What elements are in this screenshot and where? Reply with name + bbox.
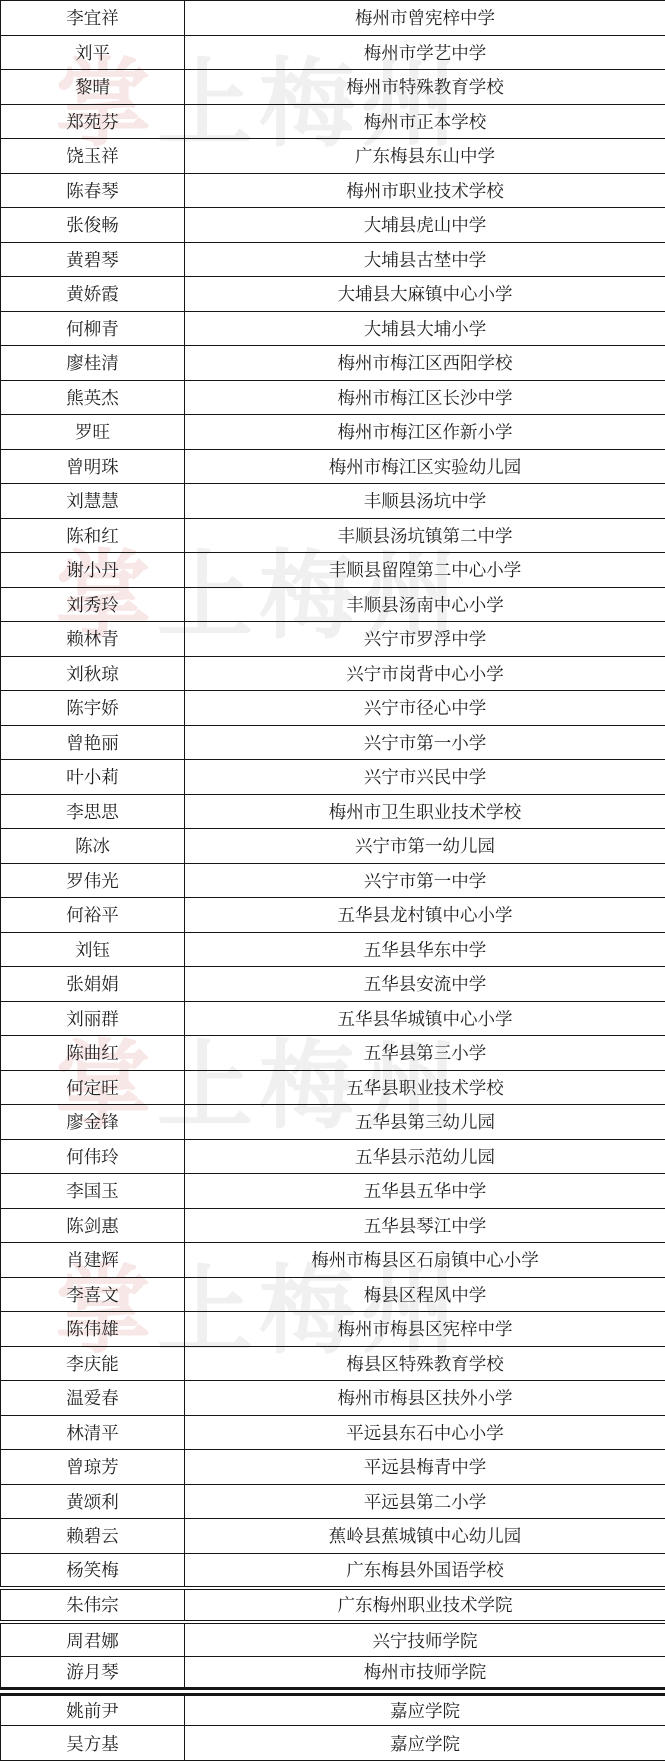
school-cell: 五华县第三幼儿园 — [185, 1105, 665, 1140]
school-cell: 蕉岭县蕉城镇中心幼儿园 — [185, 1519, 665, 1554]
school-cell: 兴宁市径心中学 — [185, 691, 665, 726]
school-cell: 梅州市梅县区扶外小学 — [185, 1381, 665, 1416]
table-row: 廖桂清梅州市梅江区西阳学校 — [1, 346, 665, 381]
name-cell: 林清平 — [1, 1415, 185, 1450]
school-cell: 五华县第三小学 — [185, 1036, 665, 1071]
table-row: 张娟娟五华县安流中学 — [1, 967, 665, 1002]
table-row: 刘丽群五华县华城镇中心小学 — [1, 1001, 665, 1036]
teacher-school-table: 李宜祥梅州市曾宪梓中学刘平梅州市学艺中学黎晴梅州市特殊教育学校郑苑芬梅州市正本学… — [0, 0, 665, 1761]
table-row: 黄碧琴大埔县古埜中学 — [1, 242, 665, 277]
table-row: 曾明珠梅州市梅江区实验幼儿园 — [1, 449, 665, 484]
school-cell: 丰顺县汤坑中学 — [185, 484, 665, 519]
table-row: 李思思梅州市卫生职业技术学校 — [1, 794, 665, 829]
school-cell: 广东梅州职业技术学院 — [185, 1588, 665, 1623]
table-row: 李喜文梅县区程风中学 — [1, 1277, 665, 1312]
name-cell: 饶玉祥 — [1, 139, 185, 174]
table-row: 赖林青兴宁市罗浮中学 — [1, 622, 665, 657]
school-cell: 兴宁市岗背中心小学 — [185, 656, 665, 691]
school-cell: 梅州市卫生职业技术学校 — [185, 794, 665, 829]
table-row: 陈春琴梅州市职业技术学校 — [1, 173, 665, 208]
table-row: 杨笑梅广东梅县外国语学校 — [1, 1553, 665, 1588]
school-cell: 大埔县虎山中学 — [185, 208, 665, 243]
name-cell: 李思思 — [1, 794, 185, 829]
table-row: 陈曲红五华县第三小学 — [1, 1036, 665, 1071]
name-cell: 李喜文 — [1, 1277, 185, 1312]
table-row: 周君娜兴宁技师学院 — [1, 1622, 665, 1657]
name-cell: 廖金锋 — [1, 1105, 185, 1140]
name-cell: 郑苑芬 — [1, 104, 185, 139]
table-row: 饶玉祥广东梅县东山中学 — [1, 139, 665, 174]
school-cell: 兴宁市兴民中学 — [185, 760, 665, 795]
name-cell: 刘慧慧 — [1, 484, 185, 519]
name-cell: 刘秋琼 — [1, 656, 185, 691]
name-cell: 朱伟宗 — [1, 1588, 185, 1623]
table-row: 叶小莉兴宁市兴民中学 — [1, 760, 665, 795]
school-cell: 嘉应学院 — [185, 1691, 665, 1726]
name-cell: 游月琴 — [1, 1657, 185, 1692]
school-cell: 平远县东石中心小学 — [185, 1415, 665, 1450]
table-row: 何裕平五华县龙村镇中心小学 — [1, 898, 665, 933]
table-row: 黎晴梅州市特殊教育学校 — [1, 70, 665, 105]
school-cell: 梅县区程风中学 — [185, 1277, 665, 1312]
school-cell: 梅州市梅县区石扇镇中心小学 — [185, 1243, 665, 1278]
name-cell: 罗旺 — [1, 415, 185, 450]
school-cell: 梅州市梅江区作新小学 — [185, 415, 665, 450]
school-cell: 兴宁市罗浮中学 — [185, 622, 665, 657]
table-row: 何伟玲五华县示范幼儿园 — [1, 1139, 665, 1174]
school-cell: 梅州市特殊教育学校 — [185, 70, 665, 105]
table-row: 陈宇娇兴宁市径心中学 — [1, 691, 665, 726]
name-cell: 陈和红 — [1, 518, 185, 553]
table-row: 曾琼芳平远县梅青中学 — [1, 1450, 665, 1485]
table-row: 林清平平远县东石中心小学 — [1, 1415, 665, 1450]
name-cell: 谢小丹 — [1, 553, 185, 588]
school-cell: 梅县区特殊教育学校 — [185, 1346, 665, 1381]
name-cell: 杨笑梅 — [1, 1553, 185, 1588]
school-cell: 五华县龙村镇中心小学 — [185, 898, 665, 933]
name-cell: 姚前尹 — [1, 1691, 185, 1726]
school-cell: 梅州市梅县区宪梓中学 — [185, 1312, 665, 1347]
name-cell: 陈伟雄 — [1, 1312, 185, 1347]
school-cell: 五华县琴江中学 — [185, 1208, 665, 1243]
table-row: 温爱春梅州市梅县区扶外小学 — [1, 1381, 665, 1416]
school-cell: 五华县职业技术学校 — [185, 1070, 665, 1105]
name-cell: 叶小莉 — [1, 760, 185, 795]
school-cell: 兴宁技师学院 — [185, 1622, 665, 1657]
school-cell: 嘉应学院 — [185, 1726, 665, 1761]
school-cell: 五华县五华中学 — [185, 1174, 665, 1209]
school-cell: 大埔县古埜中学 — [185, 242, 665, 277]
school-cell: 兴宁市第一小学 — [185, 725, 665, 760]
name-cell: 黄碧琴 — [1, 242, 185, 277]
school-cell: 梅州市曾宪梓中学 — [185, 1, 665, 36]
school-cell: 广东梅县外国语学校 — [185, 1553, 665, 1588]
name-cell: 李宜祥 — [1, 1, 185, 36]
name-cell: 刘秀玲 — [1, 587, 185, 622]
name-cell: 罗伟光 — [1, 863, 185, 898]
table-row: 刘平梅州市学艺中学 — [1, 35, 665, 70]
school-cell: 大埔县大麻镇中心小学 — [185, 277, 665, 312]
school-cell: 五华县安流中学 — [185, 967, 665, 1002]
name-cell: 赖碧云 — [1, 1519, 185, 1554]
name-cell: 肖建辉 — [1, 1243, 185, 1278]
table-row: 罗旺梅州市梅江区作新小学 — [1, 415, 665, 450]
table-row: 吴方基嘉应学院 — [1, 1726, 665, 1761]
name-cell: 曾明珠 — [1, 449, 185, 484]
school-cell: 五华县华东中学 — [185, 932, 665, 967]
school-cell: 平远县第二小学 — [185, 1484, 665, 1519]
name-cell: 黎晴 — [1, 70, 185, 105]
school-cell: 丰顺县汤南中心小学 — [185, 587, 665, 622]
school-cell: 大埔县大埔小学 — [185, 311, 665, 346]
school-cell: 兴宁市第一幼儿园 — [185, 829, 665, 864]
table-row: 李宜祥梅州市曾宪梓中学 — [1, 1, 665, 36]
table-row: 熊英杰梅州市梅江区长沙中学 — [1, 380, 665, 415]
name-cell: 张俊畅 — [1, 208, 185, 243]
name-cell: 黄娇霞 — [1, 277, 185, 312]
name-cell: 何伟玲 — [1, 1139, 185, 1174]
table-row: 朱伟宗广东梅州职业技术学院 — [1, 1588, 665, 1623]
school-cell: 丰顺县留隍第二中心小学 — [185, 553, 665, 588]
school-cell: 梅州市学艺中学 — [185, 35, 665, 70]
name-cell: 李庆能 — [1, 1346, 185, 1381]
name-cell: 陈宇娇 — [1, 691, 185, 726]
table-row: 李国玉五华县五华中学 — [1, 1174, 665, 1209]
name-cell: 何定旺 — [1, 1070, 185, 1105]
table-row: 郑苑芬梅州市正本学校 — [1, 104, 665, 139]
table-row: 陈冰兴宁市第一幼儿园 — [1, 829, 665, 864]
table-row: 赖碧云蕉岭县蕉城镇中心幼儿园 — [1, 1519, 665, 1554]
table-row: 何柳青大埔县大埔小学 — [1, 311, 665, 346]
school-cell: 梅州市梅江区实验幼儿园 — [185, 449, 665, 484]
school-cell: 广东梅县东山中学 — [185, 139, 665, 174]
name-cell: 黄颂利 — [1, 1484, 185, 1519]
page: 掌上梅州 掌上梅州 掌上梅州 掌上梅州 李宜祥梅州市曾宪梓中学刘平梅州市学艺中学… — [0, 0, 665, 1761]
school-cell: 五华县华城镇中心小学 — [185, 1001, 665, 1036]
name-cell: 李国玉 — [1, 1174, 185, 1209]
name-cell: 廖桂清 — [1, 346, 185, 381]
school-cell: 梅州市技师学院 — [185, 1657, 665, 1692]
table-row: 刘钰五华县华东中学 — [1, 932, 665, 967]
table-row: 李庆能梅县区特殊教育学校 — [1, 1346, 665, 1381]
name-cell: 周君娜 — [1, 1622, 185, 1657]
table-row: 刘秋琼兴宁市岗背中心小学 — [1, 656, 665, 691]
table-row: 廖金锋五华县第三幼儿园 — [1, 1105, 665, 1140]
name-cell: 曾艳丽 — [1, 725, 185, 760]
school-cell: 梅州市梅江区长沙中学 — [185, 380, 665, 415]
school-cell: 梅州市梅江区西阳学校 — [185, 346, 665, 381]
name-cell: 何裕平 — [1, 898, 185, 933]
table-row: 游月琴梅州市技师学院 — [1, 1657, 665, 1692]
table-row: 曾艳丽兴宁市第一小学 — [1, 725, 665, 760]
table-row: 刘秀玲丰顺县汤南中心小学 — [1, 587, 665, 622]
school-cell: 梅州市正本学校 — [185, 104, 665, 139]
table-row: 何定旺五华县职业技术学校 — [1, 1070, 665, 1105]
name-cell: 张娟娟 — [1, 967, 185, 1002]
name-cell: 何柳青 — [1, 311, 185, 346]
school-cell: 丰顺县汤坑镇第二中学 — [185, 518, 665, 553]
table-row: 罗伟光兴宁市第一中学 — [1, 863, 665, 898]
name-cell: 陈曲红 — [1, 1036, 185, 1071]
school-cell: 五华县示范幼儿园 — [185, 1139, 665, 1174]
school-cell: 兴宁市第一中学 — [185, 863, 665, 898]
table-row: 陈剑惠五华县琴江中学 — [1, 1208, 665, 1243]
table-row: 陈和红丰顺县汤坑镇第二中学 — [1, 518, 665, 553]
name-cell: 刘平 — [1, 35, 185, 70]
table-row: 姚前尹嘉应学院 — [1, 1691, 665, 1726]
school-cell: 平远县梅青中学 — [185, 1450, 665, 1485]
name-cell: 赖林青 — [1, 622, 185, 657]
table-row: 黄娇霞大埔县大麻镇中心小学 — [1, 277, 665, 312]
table-row: 黄颂利平远县第二小学 — [1, 1484, 665, 1519]
name-cell: 陈剑惠 — [1, 1208, 185, 1243]
table-row: 张俊畅大埔县虎山中学 — [1, 208, 665, 243]
name-cell: 刘钰 — [1, 932, 185, 967]
name-cell: 陈冰 — [1, 829, 185, 864]
name-cell: 温爱春 — [1, 1381, 185, 1416]
table-row: 刘慧慧丰顺县汤坑中学 — [1, 484, 665, 519]
table-body: 李宜祥梅州市曾宪梓中学刘平梅州市学艺中学黎晴梅州市特殊教育学校郑苑芬梅州市正本学… — [1, 1, 665, 1761]
name-cell: 陈春琴 — [1, 173, 185, 208]
table-row: 谢小丹丰顺县留隍第二中心小学 — [1, 553, 665, 588]
table-row: 陈伟雄梅州市梅县区宪梓中学 — [1, 1312, 665, 1347]
table-row: 肖建辉梅州市梅县区石扇镇中心小学 — [1, 1243, 665, 1278]
name-cell: 熊英杰 — [1, 380, 185, 415]
school-cell: 梅州市职业技术学校 — [185, 173, 665, 208]
name-cell: 曾琼芳 — [1, 1450, 185, 1485]
name-cell: 刘丽群 — [1, 1001, 185, 1036]
name-cell: 吴方基 — [1, 1726, 185, 1761]
